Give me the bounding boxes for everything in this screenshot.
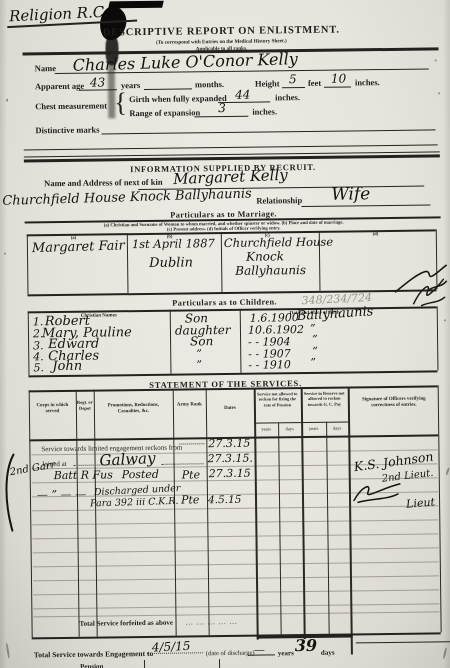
services-table-bottom (32, 632, 441, 638)
marriage-woman-name: Margaret Fair (32, 238, 125, 256)
child-5-num: 5. (33, 361, 44, 374)
inches-value: 10 (331, 72, 346, 86)
joined-date: 27.3.15. (207, 452, 253, 466)
col-corps: Corps in which served (30, 403, 75, 416)
distinctive-marks-label: Distinctive marks (35, 125, 99, 136)
services-v-rank (206, 388, 210, 635)
col-signature: Signature of Officers verifying correctn… (351, 396, 437, 409)
row-rule (33, 547, 439, 553)
services-v-pension-split (278, 422, 282, 634)
row-rule (32, 533, 438, 539)
total-forfeited-label: Total Service forfeited as above (79, 619, 173, 628)
scan-speck (10, 523, 12, 526)
next-of-kin-label: Name and Address of next of kin (44, 177, 163, 188)
months-label: months. (195, 79, 224, 89)
gcpay-days-label: days (326, 426, 348, 432)
marriage-col-d-mark: (d) (373, 231, 379, 236)
col-gcpay: Service in Reserve not allowed to reckon… (302, 391, 347, 408)
girth-value: 44 (235, 88, 250, 102)
margin-note: 2nd Garr (9, 460, 56, 479)
engagement-date: 4/5/15 (152, 639, 191, 655)
pension-partial-vline-2 (219, 659, 220, 668)
discharge-rank: Pte (181, 493, 200, 506)
posted-unit: Batt R Fus (54, 468, 113, 482)
marks-line-2 (24, 144, 438, 150)
col-promotions: Promotions, Reductions, Casualties, &c. (96, 403, 171, 416)
relationship-label: Relationship (256, 195, 302, 206)
relationship-line (301, 204, 430, 207)
children-v-left (28, 311, 30, 375)
relationship-value: Wife (331, 184, 370, 204)
col-rank: Army Rank (174, 402, 205, 409)
name-label: Name (35, 63, 56, 73)
child-5-date: - - 1910 (248, 358, 291, 372)
age-value: 43 (90, 75, 105, 89)
col-pension: Service not allowed to reckon for fixing… (255, 391, 300, 408)
inches-label: inches. (355, 77, 380, 87)
feet-value: 5 (289, 72, 297, 86)
months-line (144, 88, 192, 90)
child-5-relation: ” (196, 358, 202, 371)
chest-brace: { (114, 87, 127, 118)
children-v-right (437, 306, 439, 370)
engagement-days-label: days (321, 649, 335, 657)
services-v-promo (173, 389, 177, 636)
row-rule (33, 603, 439, 609)
form-content: Religion R.C. DESCRIPTIVE REPORT ON ENLI… (0, 0, 450, 668)
engagement-dash: — (254, 644, 265, 657)
right-extension-line (356, 641, 450, 643)
posted-rank: Pte (182, 468, 201, 481)
children-flourish (411, 277, 445, 307)
marks-line-1 (102, 129, 436, 134)
reckon-date: 27.3.15 (208, 437, 250, 451)
services-v-right (438, 385, 442, 632)
scan-speck (435, 59, 437, 61)
reckon-leader (179, 443, 204, 444)
services-v-gcpay (301, 387, 306, 639)
marriage-address-1: Churchfield House (224, 235, 333, 250)
services-v-gcpay-split (326, 422, 330, 634)
col-regt: Regt. or Depot (76, 400, 94, 412)
expansion-value: 3 (218, 101, 226, 115)
height-label: Height (255, 78, 280, 88)
inches-line (324, 86, 351, 87)
marriage-address-2: Knock (246, 249, 284, 263)
row-rule (33, 575, 439, 581)
services-v-pension (254, 388, 259, 640)
scanned-enlistment-form: Religion R.C. DESCRIPTIVE REPORT ON ENLI… (0, 0, 450, 668)
pension-partial-label: Pension (80, 663, 103, 668)
marriage-v-bc (221, 232, 223, 292)
posted-date: 27.3.15 (209, 467, 251, 481)
marriage-place: Dublin (149, 255, 193, 271)
second-signature-rank: Lieut (406, 495, 436, 510)
gcpay-years-label: years (301, 426, 326, 432)
discharge-note-label: (date of discharge) (206, 650, 255, 658)
expansion-line (194, 116, 248, 118)
chest-label: Chest measurement (35, 100, 107, 111)
row-rule (33, 611, 439, 617)
services-v-left (29, 390, 33, 637)
services-v-corps (76, 390, 80, 637)
girth-unit: inches. (275, 92, 300, 102)
row-rule (33, 589, 439, 595)
feet-line (282, 87, 305, 88)
marriage-v-left (27, 234, 29, 294)
engagement-years-label: years (278, 649, 294, 657)
marriage-v-ab (127, 233, 129, 293)
apparent-age-label: Apparent age (35, 81, 84, 92)
left-edge-shadow (0, 0, 7, 668)
child-5-place: ” (310, 356, 316, 369)
scan-speck (438, 92, 440, 94)
signature-flourish (352, 478, 402, 505)
next-of-kin-address: Churchfield House Knock Ballyhaunis (2, 186, 252, 208)
posted-event: Posted (122, 468, 159, 481)
col-dates: Dates (207, 406, 253, 413)
children-v-2 (240, 309, 242, 373)
marriage-date: 1st April 1887 (132, 236, 215, 251)
pension-years-label: years (254, 426, 278, 432)
engagement-days-value: 39 (295, 636, 317, 655)
pension-days-label: days (278, 426, 301, 432)
discharge-line-2: Para 392 iii C.K.R. (90, 496, 179, 510)
total-engagement-label: Total Service towards Engagement to (34, 649, 153, 659)
pension-partial-vline-1 (144, 660, 145, 668)
marriage-address-3: Ballyhaunis (235, 263, 306, 278)
row-rule (33, 561, 439, 567)
right-edge-shadow (443, 0, 450, 668)
child-5-name: John (52, 359, 82, 374)
total-forfeited-dots: ... ... ... ... ... (185, 618, 237, 627)
next-of-kin-name: Margaret Kelly (173, 166, 288, 188)
expansion-unit: inches. (252, 106, 277, 116)
children-v-1 (170, 310, 172, 374)
row-rule (32, 519, 438, 525)
feet-label: feet (308, 78, 321, 88)
expansion-label: Range of expansion (129, 107, 200, 118)
services-v-regt (94, 390, 98, 637)
discharge-ditto: — ” — — (37, 488, 86, 502)
joined-leader-2 (162, 463, 204, 465)
girth-label: Girth when fully expanded (129, 93, 227, 104)
discharge-date: 4.5.15 (208, 494, 242, 506)
joined-value: Galway (99, 449, 156, 470)
